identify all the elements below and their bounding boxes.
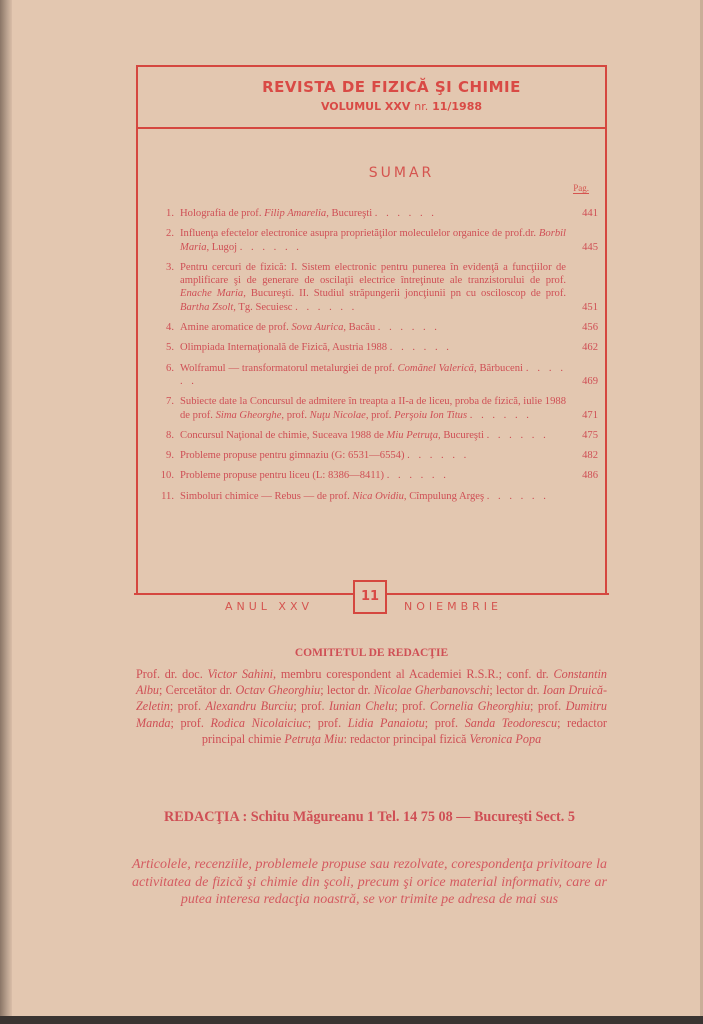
text-run: Amine aromatice de prof. (180, 322, 291, 333)
editorial-note: Articolele, recenziile, problemele propu… (132, 856, 607, 909)
leader-dots: . . . . . . (407, 450, 469, 461)
text-run: , membru corespondent al Academiei R.S.R… (273, 667, 553, 681)
committee-members: Prof. dr. doc. Victor Sahini, membru cor… (136, 666, 607, 747)
text-run: ; Cercetător dr. (159, 683, 235, 697)
toc-entry-page: 469 (582, 375, 598, 388)
toc-entry-page: 475 (582, 429, 598, 442)
toc-entry-number: 8. (158, 429, 174, 442)
toc-entry-page: 451 (582, 301, 598, 314)
toc-entry-number: 9. (158, 449, 174, 462)
toc-entry-page: 486 (582, 469, 598, 482)
month-label: NOIEMBRIE (404, 600, 502, 613)
text-run: Prof. dr. doc. (136, 667, 208, 681)
text-run: , prof. (281, 410, 309, 421)
author-name: Comănel Valerică (398, 363, 474, 374)
year-label: ANUL XXV (225, 600, 313, 613)
toc-entry-title: Probleme propuse pentru liceu (L: 8386—8… (180, 469, 566, 482)
text-run: , Cîmpulung Argeş (404, 491, 487, 502)
leader-dots: . . . . . . (487, 491, 549, 502)
author-name: Filip Amarelia (264, 208, 326, 219)
committee-title: COMITETUL DE REDACŢIE (136, 647, 607, 659)
toc-entry-page: 445 (582, 241, 598, 254)
leader-dots: . . . . . . (487, 430, 549, 441)
toc-entry-number: 10. (158, 469, 174, 482)
text-run: Wolframul — transformatorul metalurgiei … (180, 363, 398, 374)
magazine-title: REVISTA DE FIZICĂ ŞI CHIMIE (178, 67, 605, 96)
leader-dots: . . . . . . (387, 470, 449, 481)
toc-entry-page: 482 (582, 449, 598, 462)
text-run: ; lector dr. (489, 683, 542, 697)
text-run: ; prof. (425, 716, 465, 730)
text-run: Holografia de prof. (180, 208, 264, 219)
issue-number-box: 11 (353, 580, 387, 614)
author-name: Veronica Popa (470, 732, 542, 746)
toc-entry-title: Wolframul — transformatorul metalurgiei … (180, 362, 566, 389)
text-run: ; lector dr. (320, 683, 373, 697)
toc-entry: 7.Subiecte date la Concursul de admitere… (158, 395, 598, 422)
toc-entry-title: Pentru cercuri de fizică: I. Sistem elec… (180, 261, 566, 314)
author-name: Rodica Nicolaiciuc (210, 716, 307, 730)
text-run: Simboluri chimice — Rebus — de prof. (180, 491, 352, 502)
text-run: Concursul Naţional de chimie, Suceava 19… (180, 430, 387, 441)
toc-entry: 10.Probleme propuse pentru liceu (L: 838… (158, 469, 598, 482)
author-name: Nica Ovidiu (352, 491, 404, 502)
toc-entry-title: Influenţa efectelor electronice asupra p… (180, 227, 566, 254)
toc-entry-title: Simboluri chimice — Rebus — de prof. Nic… (180, 490, 566, 503)
nr-label: nr. (414, 100, 428, 113)
leader-dots: . . . . . . (378, 322, 440, 333)
text-run: ; prof. (394, 699, 430, 713)
text-run: ; prof. (171, 716, 211, 730)
text-run: , prof. (366, 410, 394, 421)
author-name: Perşoiu Ion Titus (394, 410, 467, 421)
leader-dots: . . . . . . (295, 302, 357, 313)
magazine-volume: VOLUMUL XXV nr. 11/1988 (198, 100, 605, 113)
text-run: Probleme propuse pentru liceu (L: 8386—8… (180, 470, 387, 481)
text-run: ; prof. (530, 699, 566, 713)
leader-dots: . . . . . . (375, 208, 437, 219)
toc-entry-number: 4. (158, 321, 174, 334)
text-run: , Bucureşti (438, 430, 487, 441)
toc-entry-title: Olimpiada Internaţională de Fizică, Aust… (180, 341, 566, 354)
author-name: Alexandru Burciu (205, 699, 293, 713)
toc-entry: 8.Concursul Naţional de chimie, Suceava … (158, 429, 598, 442)
toc-entry-title: Concursul Naţional de chimie, Suceava 19… (180, 429, 566, 442)
editorial-address: REDACŢIA : Schitu Măgureanu 1 Tel. 14 75… (132, 808, 607, 826)
leader-dots: . . . . . . (470, 410, 532, 421)
toc-entry-number: 1. (158, 207, 174, 220)
table-of-contents: 1.Holografia de prof. Filip Amarelia, Bu… (158, 207, 598, 510)
author-name: Nuţu Nicolae (310, 410, 366, 421)
sumar-heading: SUMAR (198, 165, 605, 181)
toc-entry-number: 5. (158, 341, 174, 354)
author-name: Octav Gheorghiu (236, 683, 321, 697)
author-name: Sanda Teodorescu (465, 716, 557, 730)
toc-entry: 2.Influenţa efectelor electronice asupra… (158, 227, 598, 254)
toc-entry: 6.Wolframul — transformatorul metalurgie… (158, 362, 598, 389)
page-bottom-edge (0, 1016, 703, 1024)
toc-entry-title: Amine aromatice de prof. Sova Aurica, Ba… (180, 321, 566, 334)
toc-entry-number: 7. (158, 395, 174, 408)
page-column-label: Pag. (573, 183, 589, 194)
text-run: , Bucureşti (326, 208, 375, 219)
author-name: Petruţa Miu (284, 732, 343, 746)
author-name: Victor Sahini (208, 667, 273, 681)
toc-entry-page: 471 (582, 409, 598, 422)
toc-entry-number: 3. (158, 261, 174, 274)
author-name: Sima Gheorghe (216, 410, 282, 421)
text-run: , Bacău (343, 322, 377, 333)
text-run: ; prof. (293, 699, 329, 713)
text-run: , Lugoj (206, 242, 239, 253)
toc-entry-title: Holografia de prof. Filip Amarelia, Bucu… (180, 207, 566, 220)
author-name: Sova Aurica (291, 322, 343, 333)
text-run: Probleme propuse pentru gimnaziu (G: 653… (180, 450, 407, 461)
text-run: ; prof. (308, 716, 348, 730)
text-run: , Bărbuceni (474, 363, 526, 374)
leader-dots: . . . . . . (390, 342, 452, 353)
text-run: , Bucureşti. II. Studiul străpungerii jo… (243, 288, 566, 299)
text-run: Influenţa efectelor electronice asupra p… (180, 228, 539, 239)
author-name: Lidia Panaiotu (348, 716, 425, 730)
toc-entry-title: Probleme propuse pentru gimnaziu (G: 653… (180, 449, 566, 462)
text-run: ; prof. (170, 699, 206, 713)
volume-label: VOLUMUL XXV (321, 100, 410, 113)
author-name: Nicolae Gherbanovschi (374, 683, 490, 697)
text-run: Olimpiada Internaţională de Fizică, Aust… (180, 342, 390, 353)
toc-entry-number: 2. (158, 227, 174, 240)
toc-entry: 5.Olimpiada Internaţională de Fizică, Au… (158, 341, 598, 354)
toc-entry-title: Subiecte date la Concursul de admitere î… (180, 395, 566, 422)
toc-entry: 9.Probleme propuse pentru gimnaziu (G: 6… (158, 449, 598, 462)
text-run: , Tg. Secuiesc (233, 302, 295, 313)
text-run: Pentru cercuri de fizică: I. Sistem elec… (180, 262, 566, 286)
toc-entry-number: 11. (158, 490, 174, 503)
toc-entry-page: 462 (582, 341, 598, 354)
toc-entry: 4.Amine aromatice de prof. Sova Aurica, … (158, 321, 598, 334)
author-name: Miu Petruţa (387, 430, 439, 441)
author-name: Bartha Zsolt (180, 302, 233, 313)
magazine-header: REVISTA DE FIZICĂ ŞI CHIMIE VOLUMUL XXV … (138, 67, 605, 129)
toc-entry-page: 456 (582, 321, 598, 334)
toc-entry: 11.Simboluri chimice — Rebus — de prof. … (158, 490, 598, 503)
contents-frame: REVISTA DE FIZICĂ ŞI CHIMIE VOLUMUL XXV … (136, 65, 607, 595)
book-spine-shadow (0, 0, 12, 1024)
author-name: Enache Maria (180, 288, 243, 299)
text-run: : redactor principal fizică (344, 732, 470, 746)
issue-label: 11/1988 (432, 100, 482, 113)
author-name: Iunian Chelu (329, 699, 394, 713)
leader-dots: . . . . . . (240, 242, 302, 253)
toc-entry-number: 6. (158, 362, 174, 375)
toc-entry: 3.Pentru cercuri de fizică: I. Sistem el… (158, 261, 598, 314)
toc-entry-page: 441 (582, 207, 598, 220)
author-name: Cornelia Gheorghiu (430, 699, 530, 713)
toc-entry: 1.Holografia de prof. Filip Amarelia, Bu… (158, 207, 598, 220)
